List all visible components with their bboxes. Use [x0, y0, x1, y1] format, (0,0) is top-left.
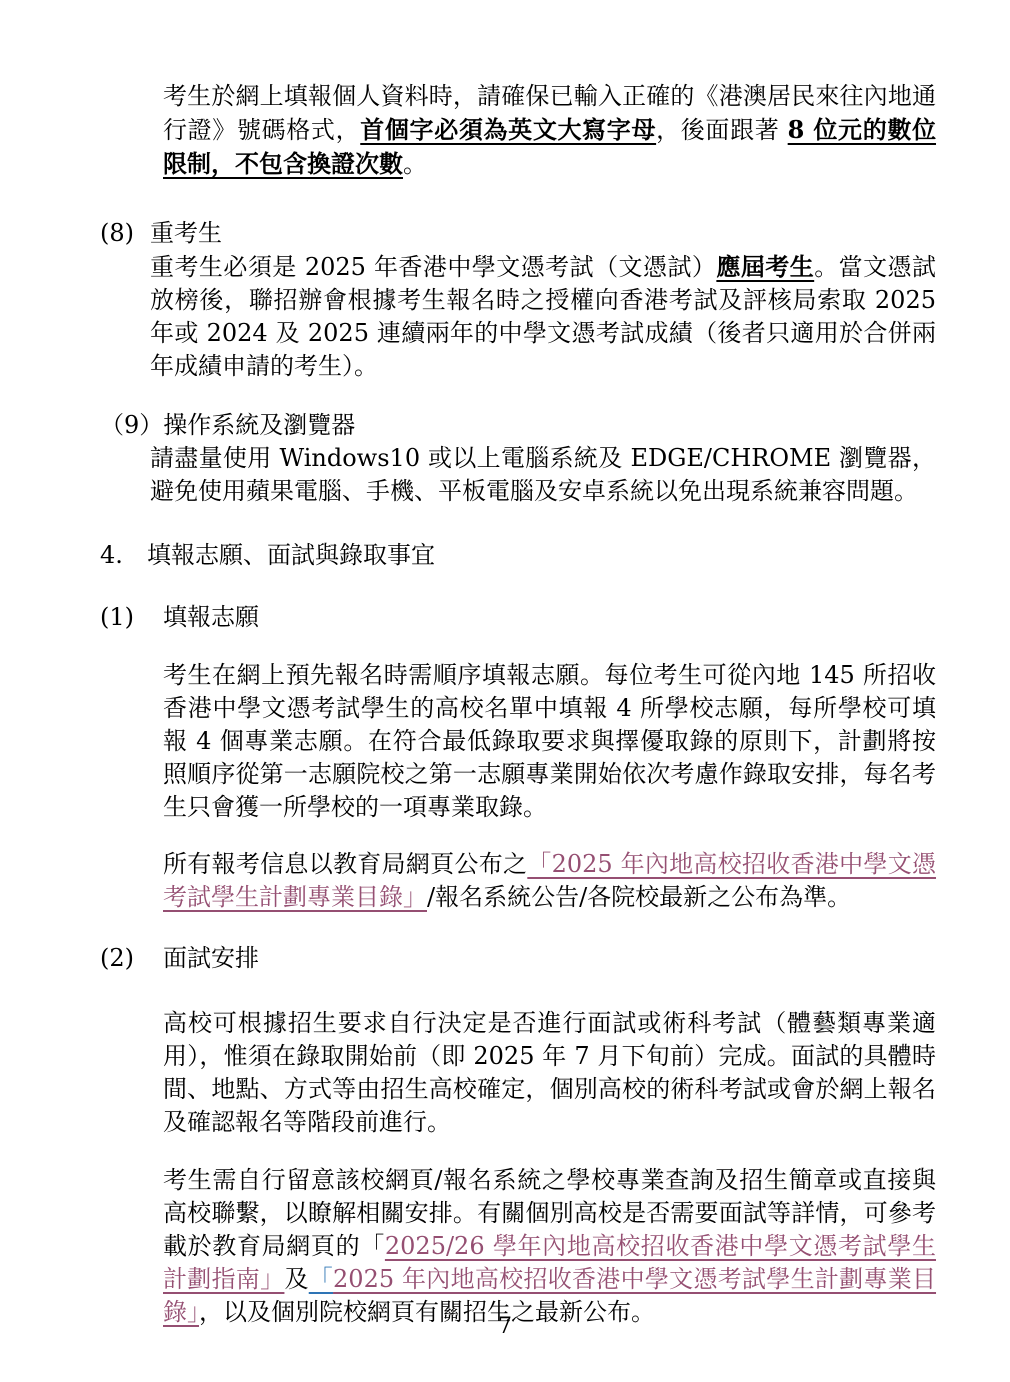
item-9-header: （9）操作系統及瀏覽器	[100, 409, 936, 442]
item-8-label: (8)	[100, 217, 150, 250]
subitem-2-label: (2)	[100, 942, 163, 975]
document-page: 考生於網上填報個人資料時，請確保已輸入正確的《港澳居民來往內地通行證》號碼格式，…	[0, 0, 1010, 1382]
heading-4-title: 填報志願、面試與錄取事宜	[147, 541, 435, 569]
subitem-2-title: 面試安排	[163, 944, 259, 972]
heading-section-4: 4.填報志願、面試與錄取事宜	[100, 539, 936, 572]
text-run: 及	[284, 1265, 308, 1293]
text-run: 應屆考生	[716, 252, 814, 281]
document-body: 考生於網上填報個人資料時，請確保已輸入正確的《港澳居民來往內地通行證》號碼格式，…	[100, 80, 936, 1329]
subitem-2-header: (2)面試安排	[100, 942, 936, 975]
item-9-label: （9）	[100, 409, 163, 442]
item-8-header: (8)重考生	[100, 217, 936, 250]
text-run: 重考生必須是 2025 年香港中學文憑考試（文憑試）	[150, 253, 716, 281]
paragraph-permit-number-format: 考生於網上填報個人資料時，請確保已輸入正確的《港澳居民來往內地通行證》號碼格式，…	[163, 80, 936, 181]
text-run: 所有報考信息以教育局網頁公布之	[163, 850, 527, 878]
section-item-9: （9）操作系統及瀏覽器 請盡量使用 Windows10 或以上電腦系統及 EDG…	[100, 409, 936, 508]
item-9-body: 請盡量使用 Windows10 或以上電腦系統及 EDGE/CHROME 瀏覽器…	[150, 442, 936, 508]
link-open-bracket[interactable]: 「	[309, 1265, 333, 1293]
text-run: ，後面跟著	[656, 116, 788, 144]
subitem-1-title: 填報志願	[163, 603, 259, 631]
section-item-8: (8)重考生 重考生必須是 2025 年香港中學文憑考試（文憑試）應屆考生。當文…	[100, 217, 936, 383]
paragraph-official-info-source: 所有報考信息以教育局網頁公布之「2025 年內地高校招收香港中學文憑考試學生計劃…	[163, 848, 936, 914]
text-run: /報名系統公告/各院校最新之公布為準。	[427, 883, 851, 911]
text-run: 首個字必須為英文大寫字母	[360, 115, 656, 144]
paragraph-choices-rules: 考生在網上預先報名時需順序填報志願。每位考生可從內地 145 所招收香港中學文憑…	[163, 659, 936, 824]
item-8-title: 重考生	[150, 219, 222, 247]
text-run: 。	[403, 150, 427, 178]
subitem-1-label: (1)	[100, 601, 163, 634]
text-run: 請盡量使用 Windows10 或以上電腦系統及 EDGE/CHROME 瀏覽器…	[150, 444, 936, 505]
item-8-body: 重考生必須是 2025 年香港中學文憑考試（文憑試）應屆考生。當文憑試放榜後，聯…	[150, 250, 936, 383]
page-number: 7	[0, 1314, 1010, 1339]
paragraph-interview-details-reference: 考生需自行留意該校網頁/報名系統之學校專業查詢及招生簡章或直接與高校聯繫，以瞭解…	[163, 1164, 936, 1329]
text-run: 考生在網上預先報名時需順序填報志願。每位考生可從內地 145 所招收香港中學文憑…	[163, 661, 936, 821]
text-run: 高校可根據招生要求自行決定是否進行面試或術科考試（體藝類專業適用），惟須在錄取開…	[163, 1009, 936, 1136]
item-9-title: 操作系統及瀏覽器	[163, 411, 355, 439]
subitem-1-header: (1)填報志願	[100, 601, 936, 634]
heading-4-number: 4.	[100, 539, 147, 572]
paragraph-interview-arrangement: 高校可根據招生要求自行決定是否進行面試或術科考試（體藝類專業適用），惟須在錄取開…	[163, 1007, 936, 1139]
